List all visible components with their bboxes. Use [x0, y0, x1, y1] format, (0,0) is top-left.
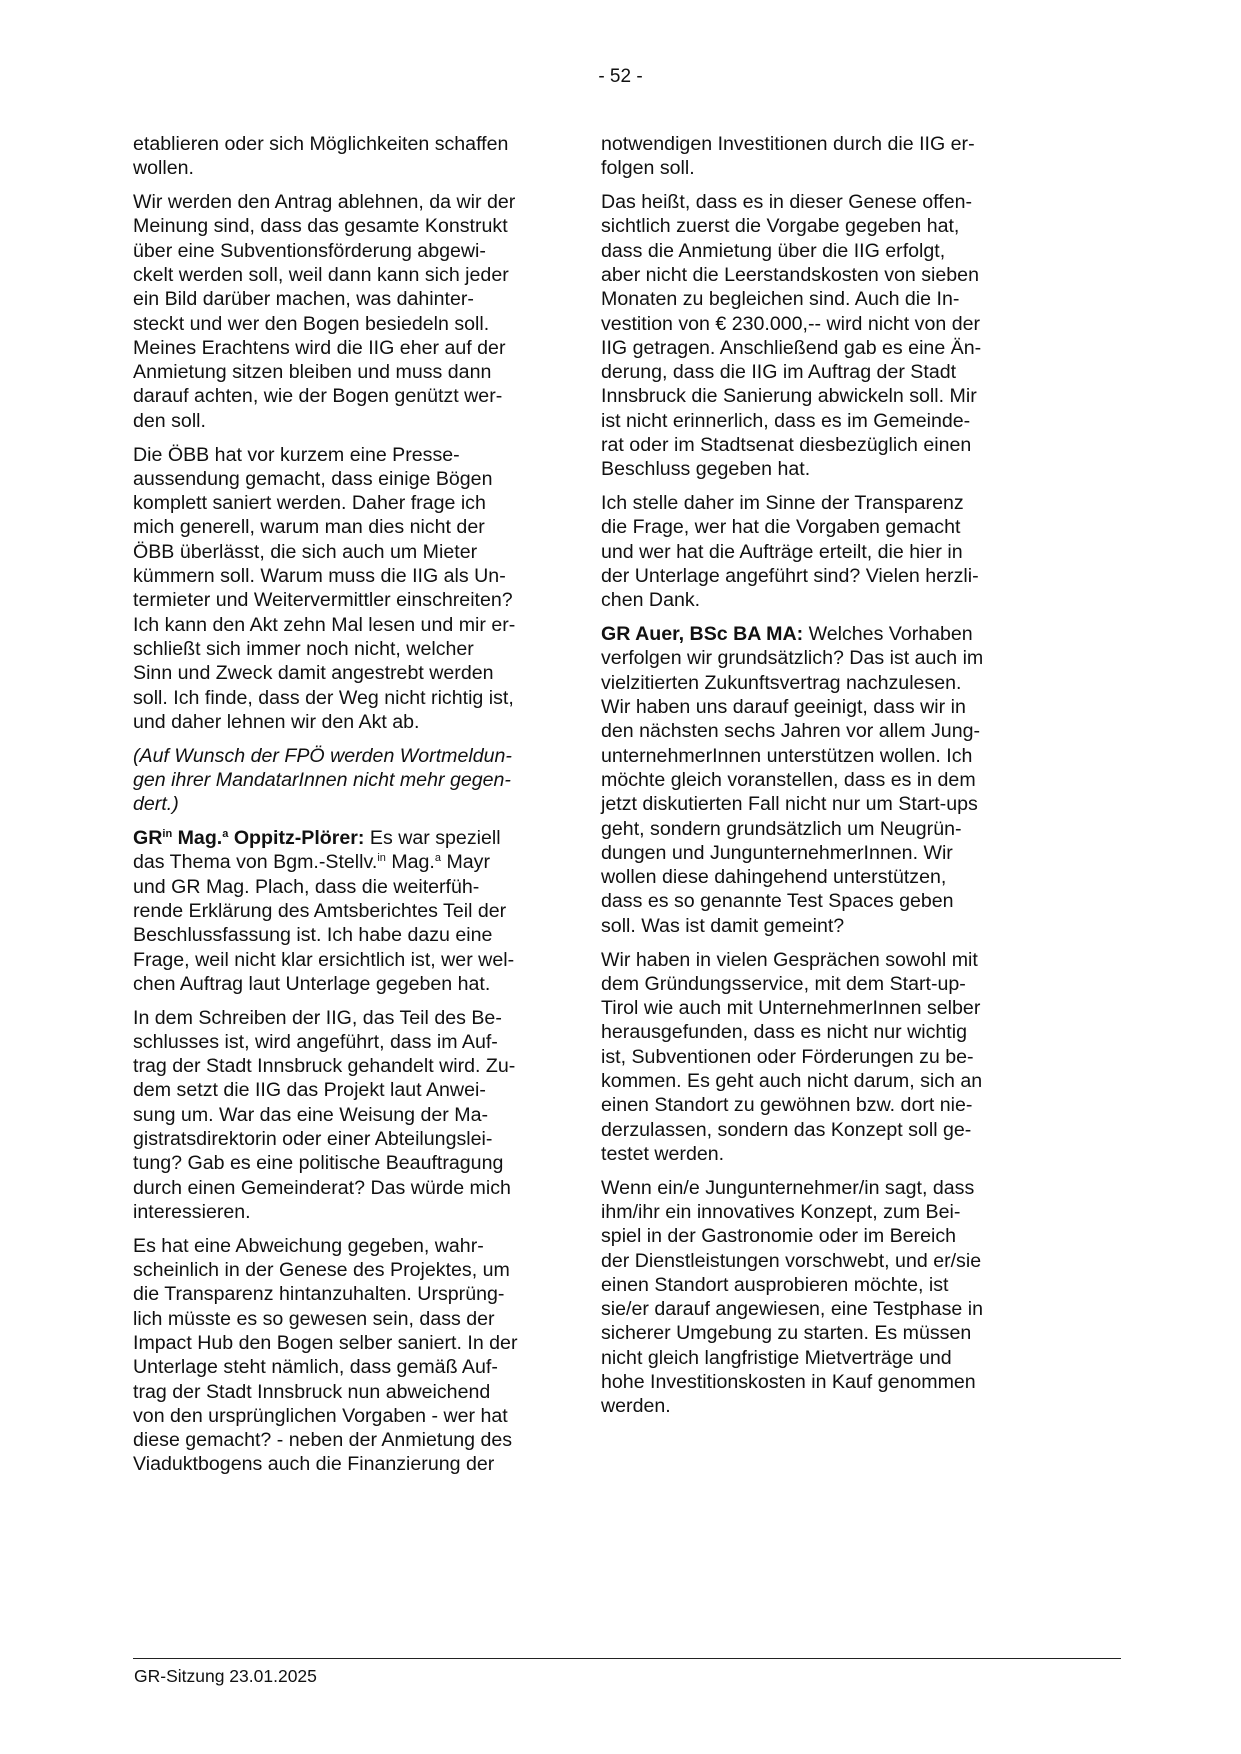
text-line: scheinlich in der Genese des Projektes, …: [133, 1258, 593, 1282]
text-line: GR Auer, BSc BA MA: Welches Vorhaben: [601, 622, 1061, 646]
text-line: Ich stelle daher im Sinne der Transparen…: [601, 491, 1061, 515]
text-line: (Auf Wunsch der FPÖ werden Wortmeldun-: [133, 744, 593, 768]
text-line: trag der Stadt Innsbruck gehandelt wird.…: [133, 1054, 593, 1078]
text-line: Wenn ein/e Jungunternehmer/in sagt, dass: [601, 1176, 1061, 1200]
text-line: rende Erklärung des Amtsberichtes Teil d…: [133, 899, 593, 923]
text-line: darauf achten, wie der Bogen genützt wer…: [133, 384, 593, 408]
editorial-note: (Auf Wunsch der FPÖ werden Wortmeldun- g…: [133, 744, 593, 817]
text-line: chen Auftrag laut Unterlage gegeben hat.: [133, 972, 593, 996]
text-line: den soll.: [133, 409, 593, 433]
text-line: derung, dass die IIG im Auftrag der Stad…: [601, 360, 1061, 384]
text-line: soll. Was ist damit gemeint?: [601, 914, 1061, 938]
text-line: dass es so genannte Test Spaces geben: [601, 889, 1061, 913]
text-line: einen Standort ausprobieren möchte, ist: [601, 1273, 1061, 1297]
page-number: - 52 -: [0, 66, 1241, 88]
text-line: In dem Schreiben der IIG, das Teil des B…: [133, 1006, 593, 1030]
text-line: Monaten zu begleichen sind. Auch die In-: [601, 287, 1061, 311]
text-line: herausgefunden, dass es nicht nur wichti…: [601, 1020, 1061, 1044]
text-line: etablieren oder sich Möglichkeiten schaf…: [133, 132, 593, 156]
text-line: notwendigen Investitionen durch die IIG …: [601, 132, 1061, 156]
text-line: lich müsste es so gewesen sein, dass der: [133, 1307, 593, 1331]
text-line: von den ursprünglichen Vorgaben - wer ha…: [133, 1404, 593, 1428]
text-line: möchte gleich voranstellen, dass es in d…: [601, 768, 1061, 792]
text-line: schließt sich immer noch nicht, welcher: [133, 637, 593, 661]
text-line: sung um. War das eine Weisung der Ma-: [133, 1103, 593, 1127]
paragraph: Das heißt, dass es in dieser Genese offe…: [601, 190, 1061, 482]
text-line: ÖBB überlässt, die sich auch um Mieter: [133, 540, 593, 564]
text-line: dass die Anmietung über die IIG erfolgt,: [601, 239, 1061, 263]
text-line: ihm/ihr ein innovatives Konzept, zum Bei…: [601, 1200, 1061, 1224]
text-line: Viaduktbogens auch die Finanzierung der: [133, 1452, 593, 1476]
speech-auer: GR Auer, BSc BA MA: Welches Vorhaben ver…: [601, 622, 1061, 938]
text-line: Wir haben in vielen Gesprächen sowohl mi…: [601, 948, 1061, 972]
text-line: einen Standort zu gewöhnen bzw. dort nie…: [601, 1093, 1061, 1117]
text-line: die Frage, wer hat die Vorgaben gemacht: [601, 515, 1061, 539]
text-line: Das heißt, dass es in dieser Genese offe…: [601, 190, 1061, 214]
text-line: Frage, weil nicht klar ersichtlich ist, …: [133, 948, 593, 972]
footer-session-date: GR-Sitzung 23.01.2025: [134, 1666, 317, 1687]
text-line: werden.: [601, 1394, 1061, 1418]
text-line: Meinung sind, dass das gesamte Konstrukt: [133, 214, 593, 238]
text-line: der Dienstleistungen vorschwebt, und er/…: [601, 1249, 1061, 1273]
text-line: Innsbruck die Sanierung abwickeln soll. …: [601, 384, 1061, 408]
text-line: und GR Mag. Plach, dass die weiterfüh-: [133, 875, 593, 899]
text-line: derzulassen, sondern das Konzept soll ge…: [601, 1118, 1061, 1142]
text-line: mich generell, warum man dies nicht der: [133, 515, 593, 539]
text-line: dert.): [133, 792, 593, 816]
text-line: den nächsten sechs Jahren vor allem Jung…: [601, 719, 1061, 743]
text-line: verfolgen wir grundsätzlich? Das ist auc…: [601, 646, 1061, 670]
text-line: Beschlussfassung ist. Ich habe dazu eine: [133, 923, 593, 947]
text-line: spiel in der Gastronomie oder im Bereich: [601, 1224, 1061, 1248]
text-line: jetzt diskutierten Fall nicht nur um Sta…: [601, 792, 1061, 816]
text-line: die Transparenz hintanzuhalten. Ursprüng…: [133, 1282, 593, 1306]
text-line: Wir haben uns darauf geeinigt, dass wir …: [601, 695, 1061, 719]
paragraph: Es hat eine Abweichung gegeben, wahr- sc…: [133, 1234, 593, 1477]
right-column: notwendigen Investitionen durch die IIG …: [601, 132, 1061, 1428]
paragraph: Wir haben in vielen Gesprächen sowohl mi…: [601, 948, 1061, 1167]
text-line: Unterlage steht nämlich, dass gemäß Auf-: [133, 1355, 593, 1379]
text-line: der Unterlage angeführt sind? Vielen her…: [601, 564, 1061, 588]
text-line: aussendung gemacht, dass einige Bögen: [133, 467, 593, 491]
text-line: chen Dank.: [601, 588, 1061, 612]
text-line: ist nicht erinnerlich, dass es im Gemein…: [601, 409, 1061, 433]
paragraph: etablieren oder sich Möglichkeiten schaf…: [133, 132, 593, 181]
text-line: soll. Ich finde, dass der Weg nicht rich…: [133, 686, 593, 710]
text-line: Ich kann den Akt zehn Mal lesen und mir …: [133, 613, 593, 637]
text-line: komplett saniert werden. Daher frage ich: [133, 491, 593, 515]
text-line: termieter und Weitervermittler einschrei…: [133, 588, 593, 612]
text-line: und wer hat die Aufträge erteilt, die hi…: [601, 540, 1061, 564]
text-line: trag der Stadt Innsbruck nun abweichend: [133, 1380, 593, 1404]
text-line: unternehmerInnen unterstützen wollen. Ic…: [601, 744, 1061, 768]
paragraph: Ich stelle daher im Sinne der Transparen…: [601, 491, 1061, 612]
text-line: Die ÖBB hat vor kurzem eine Presse-: [133, 443, 593, 467]
text-line: Wir werden den Antrag ablehnen, da wir d…: [133, 190, 593, 214]
paragraph: Wir werden den Antrag ablehnen, da wir d…: [133, 190, 593, 433]
text-line: interessieren.: [133, 1200, 593, 1224]
text-line: Sinn und Zweck damit angestrebt werden: [133, 661, 593, 685]
text-line: vielzitierten Zukunftsvertrag nachzulese…: [601, 671, 1061, 695]
speech-oppitz-ploerer: GRin Mag.a Oppitz-Plörer: Es war speziel…: [133, 826, 593, 996]
text-line: wollen.: [133, 156, 593, 180]
text-line: ein Bild darüber machen, was dahinter-: [133, 287, 593, 311]
left-column: etablieren oder sich Möglichkeiten schaf…: [133, 132, 593, 1486]
text-line: das Thema von Bgm.-Stellv.in Mag.a Mayr: [133, 850, 593, 874]
text-line: und daher lehnen wir den Akt ab.: [133, 710, 593, 734]
text-line: kommen. Es geht auch nicht darum, sich a…: [601, 1069, 1061, 1093]
text-line: dungen und JungunternehmerInnen. Wir: [601, 841, 1061, 865]
paragraph: In dem Schreiben der IIG, das Teil des B…: [133, 1006, 593, 1225]
text-line: GRin Mag.a Oppitz-Plörer: Es war speziel…: [133, 826, 593, 850]
text-line: ist, Subventionen oder Förderungen zu be…: [601, 1045, 1061, 1069]
speaker-name: GR Auer, BSc BA MA:: [601, 623, 803, 645]
text-line: diese gemacht? - neben der Anmietung des: [133, 1428, 593, 1452]
text-line: vestition von € 230.000,-- wird nicht vo…: [601, 312, 1061, 336]
text-line: rat oder im Stadtsenat diesbezüglich ein…: [601, 433, 1061, 457]
text-line: sicherer Umgebung zu starten. Es müssen: [601, 1321, 1061, 1345]
text-line: geht, sondern grundsätzlich um Neugrün-: [601, 817, 1061, 841]
text-line: steckt und wer den Bogen besiedeln soll.: [133, 312, 593, 336]
text-line: IIG getragen. Anschließend gab es eine Ä…: [601, 336, 1061, 360]
text-line: dem Gründungsservice, mit dem Start-up-: [601, 972, 1061, 996]
text-line: über eine Subventionsförderung abgewi-: [133, 239, 593, 263]
paragraph: notwendigen Investitionen durch die IIG …: [601, 132, 1061, 181]
paragraph: Die ÖBB hat vor kurzem eine Presse- auss…: [133, 443, 593, 735]
text-line: gistratsdirektorin oder einer Abteilungs…: [133, 1127, 593, 1151]
text-line: wollen diese dahingehend unterstützen,: [601, 865, 1061, 889]
text-line: aber nicht die Leerstandskosten von sieb…: [601, 263, 1061, 287]
text-line: hohe Investitionskosten in Kauf genommen: [601, 1370, 1061, 1394]
text-line: nicht gleich langfristige Mietverträge u…: [601, 1346, 1061, 1370]
text-line: ckelt werden soll, weil dann kann sich j…: [133, 263, 593, 287]
text-line: Meines Erachtens wird die IIG eher auf d…: [133, 336, 593, 360]
text-line: schlusses ist, wird angeführt, dass im A…: [133, 1030, 593, 1054]
text-line: Tirol wie auch mit UnternehmerInnen selb…: [601, 996, 1061, 1020]
text-line: sie/er darauf angewiesen, eine Testphase…: [601, 1297, 1061, 1321]
text-line: sichtlich zuerst die Vorgabe gegeben hat…: [601, 214, 1061, 238]
text-line: dem setzt die IIG das Projekt laut Anwei…: [133, 1078, 593, 1102]
text-line: tung? Gab es eine politische Beauftragun…: [133, 1151, 593, 1175]
paragraph: Wenn ein/e Jungunternehmer/in sagt, dass…: [601, 1176, 1061, 1419]
text-line: Es hat eine Abweichung gegeben, wahr-: [133, 1234, 593, 1258]
text-line: folgen soll.: [601, 156, 1061, 180]
footer-divider: [133, 1658, 1121, 1659]
text-line: kümmern soll. Warum muss die IIG als Un-: [133, 564, 593, 588]
speaker-name: GRin Mag.a Oppitz-Plörer:: [133, 827, 364, 849]
text-line: durch einen Gemeinderat? Das würde mich: [133, 1176, 593, 1200]
text-line: Impact Hub den Bogen selber saniert. In …: [133, 1331, 593, 1355]
text-line: testet werden.: [601, 1142, 1061, 1166]
text-line: gen ihrer MandatarInnen nicht mehr gegen…: [133, 768, 593, 792]
text-line: Anmietung sitzen bleiben und muss dann: [133, 360, 593, 384]
text-line: Beschluss gegeben hat.: [601, 457, 1061, 481]
